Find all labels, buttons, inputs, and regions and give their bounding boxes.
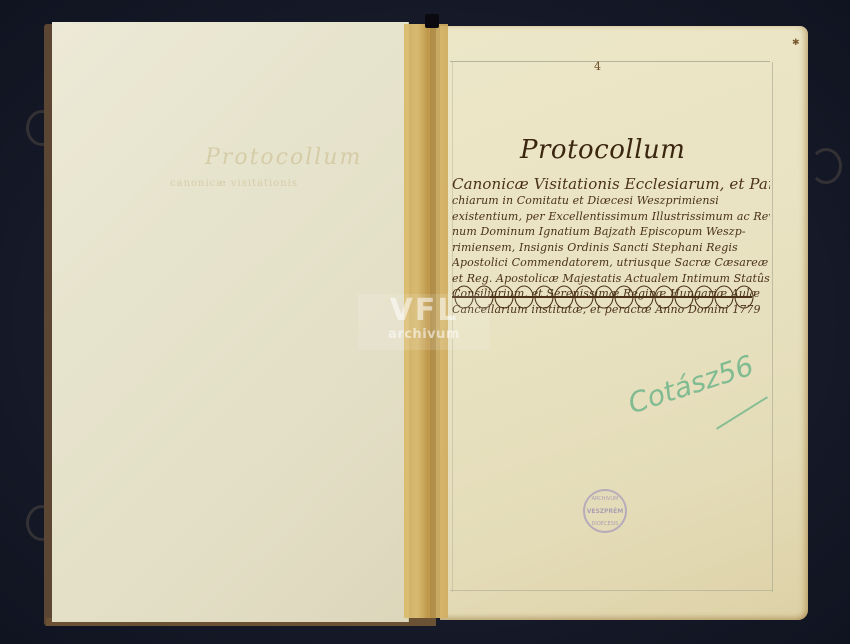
watermark-text: archivum	[358, 328, 490, 342]
manuscript-line: Apostolici Commendatorem, utriusque Sacr…	[452, 255, 770, 271]
decorative-flourish-line	[452, 284, 764, 310]
binding-ring-icon	[810, 148, 842, 184]
page-number: 4	[594, 60, 601, 73]
stamp-line: VESZPRÉM	[585, 508, 625, 515]
left-page-bleedthrough-text: Protocollum	[205, 145, 385, 205]
watermark-logo: VFL	[358, 294, 490, 328]
manuscript-line: chiarum in Comitatu et Diœcesi Weszprimi…	[452, 193, 770, 209]
ruling-line-bottom	[450, 590, 772, 591]
manuscript-line: Canonicæ Visitationis Ecclesiarum, et Pa…	[452, 176, 770, 193]
stamp-line: ARCHIVUM	[585, 496, 625, 502]
left-page-bleedthrough-subtext: canonicæ visitationis	[170, 178, 370, 189]
manuscript-line: existentium, per Excellentissimum Illust…	[452, 209, 770, 225]
manuscript-line: num Dominum Ignatium Bajzath Episcopum W…	[452, 224, 770, 240]
manuscript-title: Protocollum	[520, 135, 685, 165]
ruling-line-right	[772, 62, 773, 592]
manuscript-line: rimiensem, Insignis Ordinis Sancti Steph…	[452, 240, 770, 256]
archive-stamp: ARCHIVUM VESZPRÉM DIOECESIS	[583, 489, 627, 533]
watermark: VFL archivum	[358, 294, 490, 350]
stamp-line: DIOECESIS	[585, 521, 625, 527]
right-page	[440, 26, 808, 620]
corner-annotation: ✱	[792, 38, 800, 48]
open-manuscript-book: Protocollum canonicæ visitationis 4 ✱ Pr…	[0, 0, 850, 644]
left-page	[52, 22, 409, 622]
ruling-line-top	[450, 61, 770, 62]
spine-clip	[425, 14, 439, 28]
